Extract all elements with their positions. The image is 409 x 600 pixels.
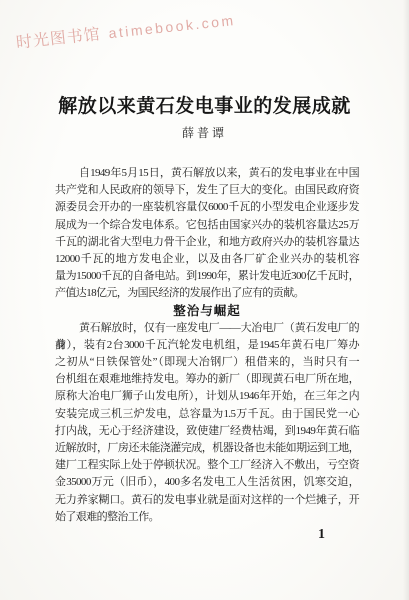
body-line: 安装完成三机三炉发电，总容量为1.5万千瓦。由于国民党一心 xyxy=(55,406,359,423)
body-line: 始了艰难的整治工作。 xyxy=(55,509,359,526)
body-line: 无力养家糊口。黄石的发电事业就是面对这样的一个烂摊子，开 xyxy=(55,492,359,509)
page-number: 1 xyxy=(318,527,325,543)
body-line: 产值达18亿元，为国民经济的发展作出了应有的贡献。 xyxy=(55,285,359,302)
watermark-site-url: atimebook.com xyxy=(108,12,236,41)
body-line: 自1949年5月15日，黄石解放以来，黄石的发电事业在中国 xyxy=(55,165,359,182)
body-line: 12000千瓦的地方发电企业，以及由各厂矿企业兴办的装机容 xyxy=(55,251,359,268)
watermark: 时光图书馆atimebook.com xyxy=(15,7,237,53)
article-body: 自1949年5月15日，黄石解放以来，黄石的发电事业在中国 共产党和人民政府的领… xyxy=(55,165,359,526)
body-line: 打内战，无心于经济建设，致使建厂经费枯竭，到1949年黄石临 xyxy=(55,423,359,440)
watermark-library-name: 时光图书馆 xyxy=(15,26,101,52)
article-title: 解放以来黄石发电事业的发展成就 xyxy=(0,91,409,118)
body-line: 之初从“日铁保管处”（即现大冶钢厂）租借来的，当时只有一 xyxy=(55,354,359,371)
section-heading: 整治与崛起 xyxy=(55,303,359,320)
body-line: 近解放时，厂房还未能浇灌完成，机器设备也未能如期运到工地， xyxy=(55,440,359,457)
body-line: 黄石解放时，仅有一座发电厂——大冶电厂（黄石发电厂的前 xyxy=(55,320,359,337)
body-line: 共产党和人民政府的领导下，发生了巨大的变化。由国民政府资 xyxy=(55,182,359,199)
article-author: 薛普谭 xyxy=(0,124,409,141)
body-line: 千瓦的湖北省大型电力骨干企业，和地方政府兴办的装机容量达 xyxy=(55,234,359,251)
body-line: 量为15000千瓦的自备电站。到1990年，累计发电近300亿千瓦时， xyxy=(55,268,359,285)
body-line: 展成为一个综合发电体系。它包括由国家兴办的装机容量达25万 xyxy=(55,217,359,234)
body-line: 身），装有2台3000千瓦汽轮发电机组，是1945年黄石电厂筹办 xyxy=(55,337,359,354)
scanned-book-page: 时光图书馆atimebook.com 解放以来黄石发电事业的发展成就 薛普谭 自… xyxy=(0,0,409,600)
body-line: 建厂工程实际上处于停顿状况。整个工厂经济入不敷出，亏空资 xyxy=(55,457,359,474)
body-line: 原称大冶电厂狮子山发电所），计划从1946年开始，在三年之内 xyxy=(55,388,359,405)
body-line: 台机组在艰难地维持发电。筹办的新厂（即现黄石电厂所在地， xyxy=(55,371,359,388)
body-line: 源委员会开办的一座装机容量仅6000千瓦的小型发电企业逐步发 xyxy=(55,199,359,216)
body-line: 金35000万元（旧币），400多名发电工人生活贫困，饥寒交迫， xyxy=(55,474,359,491)
